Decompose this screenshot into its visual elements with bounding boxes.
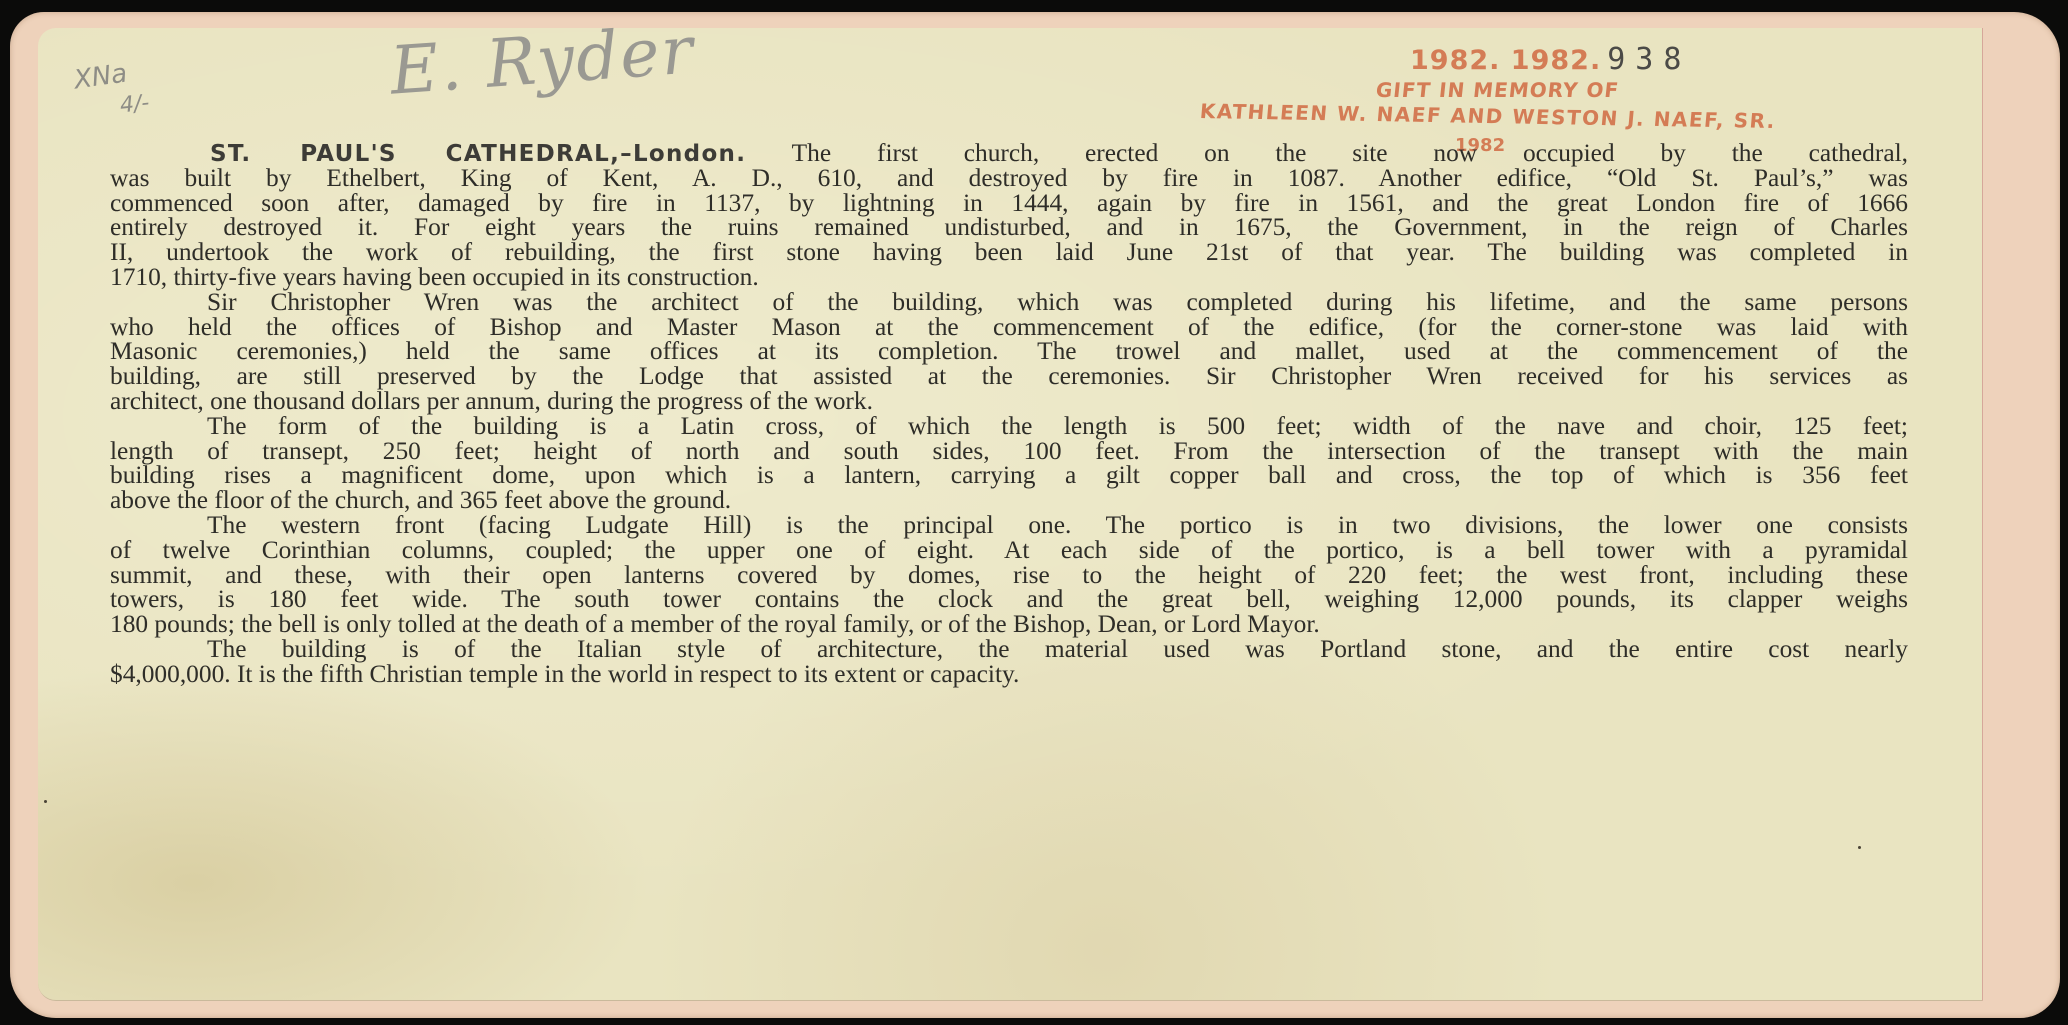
text-line: Sir Christopher Wren was the architect o… — [110, 290, 1908, 315]
accession-number: 938 — [1607, 42, 1691, 77]
text-line: $4,000,000. It is the fifth Christian te… — [110, 662, 1908, 687]
speck — [1858, 846, 1861, 849]
text-line: The building is of the Italian style of … — [110, 637, 1908, 662]
text-line: 180 pounds; the bell is only tolled at t… — [110, 612, 1908, 637]
text-line: commenced soon after, damaged by fire in… — [110, 191, 1908, 216]
gift-stamp-line: Gift in memory of — [1375, 78, 1621, 102]
accession-stamp: 1982. 1982.938 — [1410, 42, 1691, 77]
speck — [44, 800, 47, 803]
text-line: architect, one thousand dollars per annu… — [110, 389, 1908, 414]
accession-prefix: 1982. 1982. — [1410, 45, 1601, 76]
text-line: who held the offices of Bishop and Maste… — [110, 315, 1908, 340]
text-line: was built by Ethelbert, King of Kent, A.… — [110, 166, 1908, 191]
text-line: II, undertook the work of rebuilding, th… — [110, 240, 1908, 265]
description-text: ST. PAUL'S CATHEDRAL,–London. The first … — [110, 141, 1908, 687]
text-line: ST. PAUL'S CATHEDRAL,–London. The first … — [110, 141, 1908, 166]
text-line: The western front (facing Ludgate Hill) … — [110, 513, 1908, 538]
text-line: above the floor of the church, and 365 f… — [110, 488, 1908, 513]
pencil-annotation-price: 4/- — [119, 91, 151, 119]
text-line: 1710, thirty-five years having been occu… — [110, 265, 1908, 290]
text-line: towers, is 180 feet wide. The south towe… — [110, 587, 1908, 612]
text-line: building rises a magnificent dome, upon … — [110, 463, 1908, 488]
text-line: entirely destroyed it. For eight years t… — [110, 215, 1908, 240]
text-line: of twelve Corinthian columns, coupled; t… — [110, 538, 1908, 563]
text-line: length of transept, 250 feet; height of … — [110, 439, 1908, 464]
text-line: building, are still preserved by the Lod… — [110, 364, 1908, 389]
text-line: summit, and these, with their open lante… — [110, 563, 1908, 588]
text-line: Masonic ceremonies,) held the same offic… — [110, 339, 1908, 364]
text-line: The form of the building is a Latin cros… — [110, 414, 1908, 439]
